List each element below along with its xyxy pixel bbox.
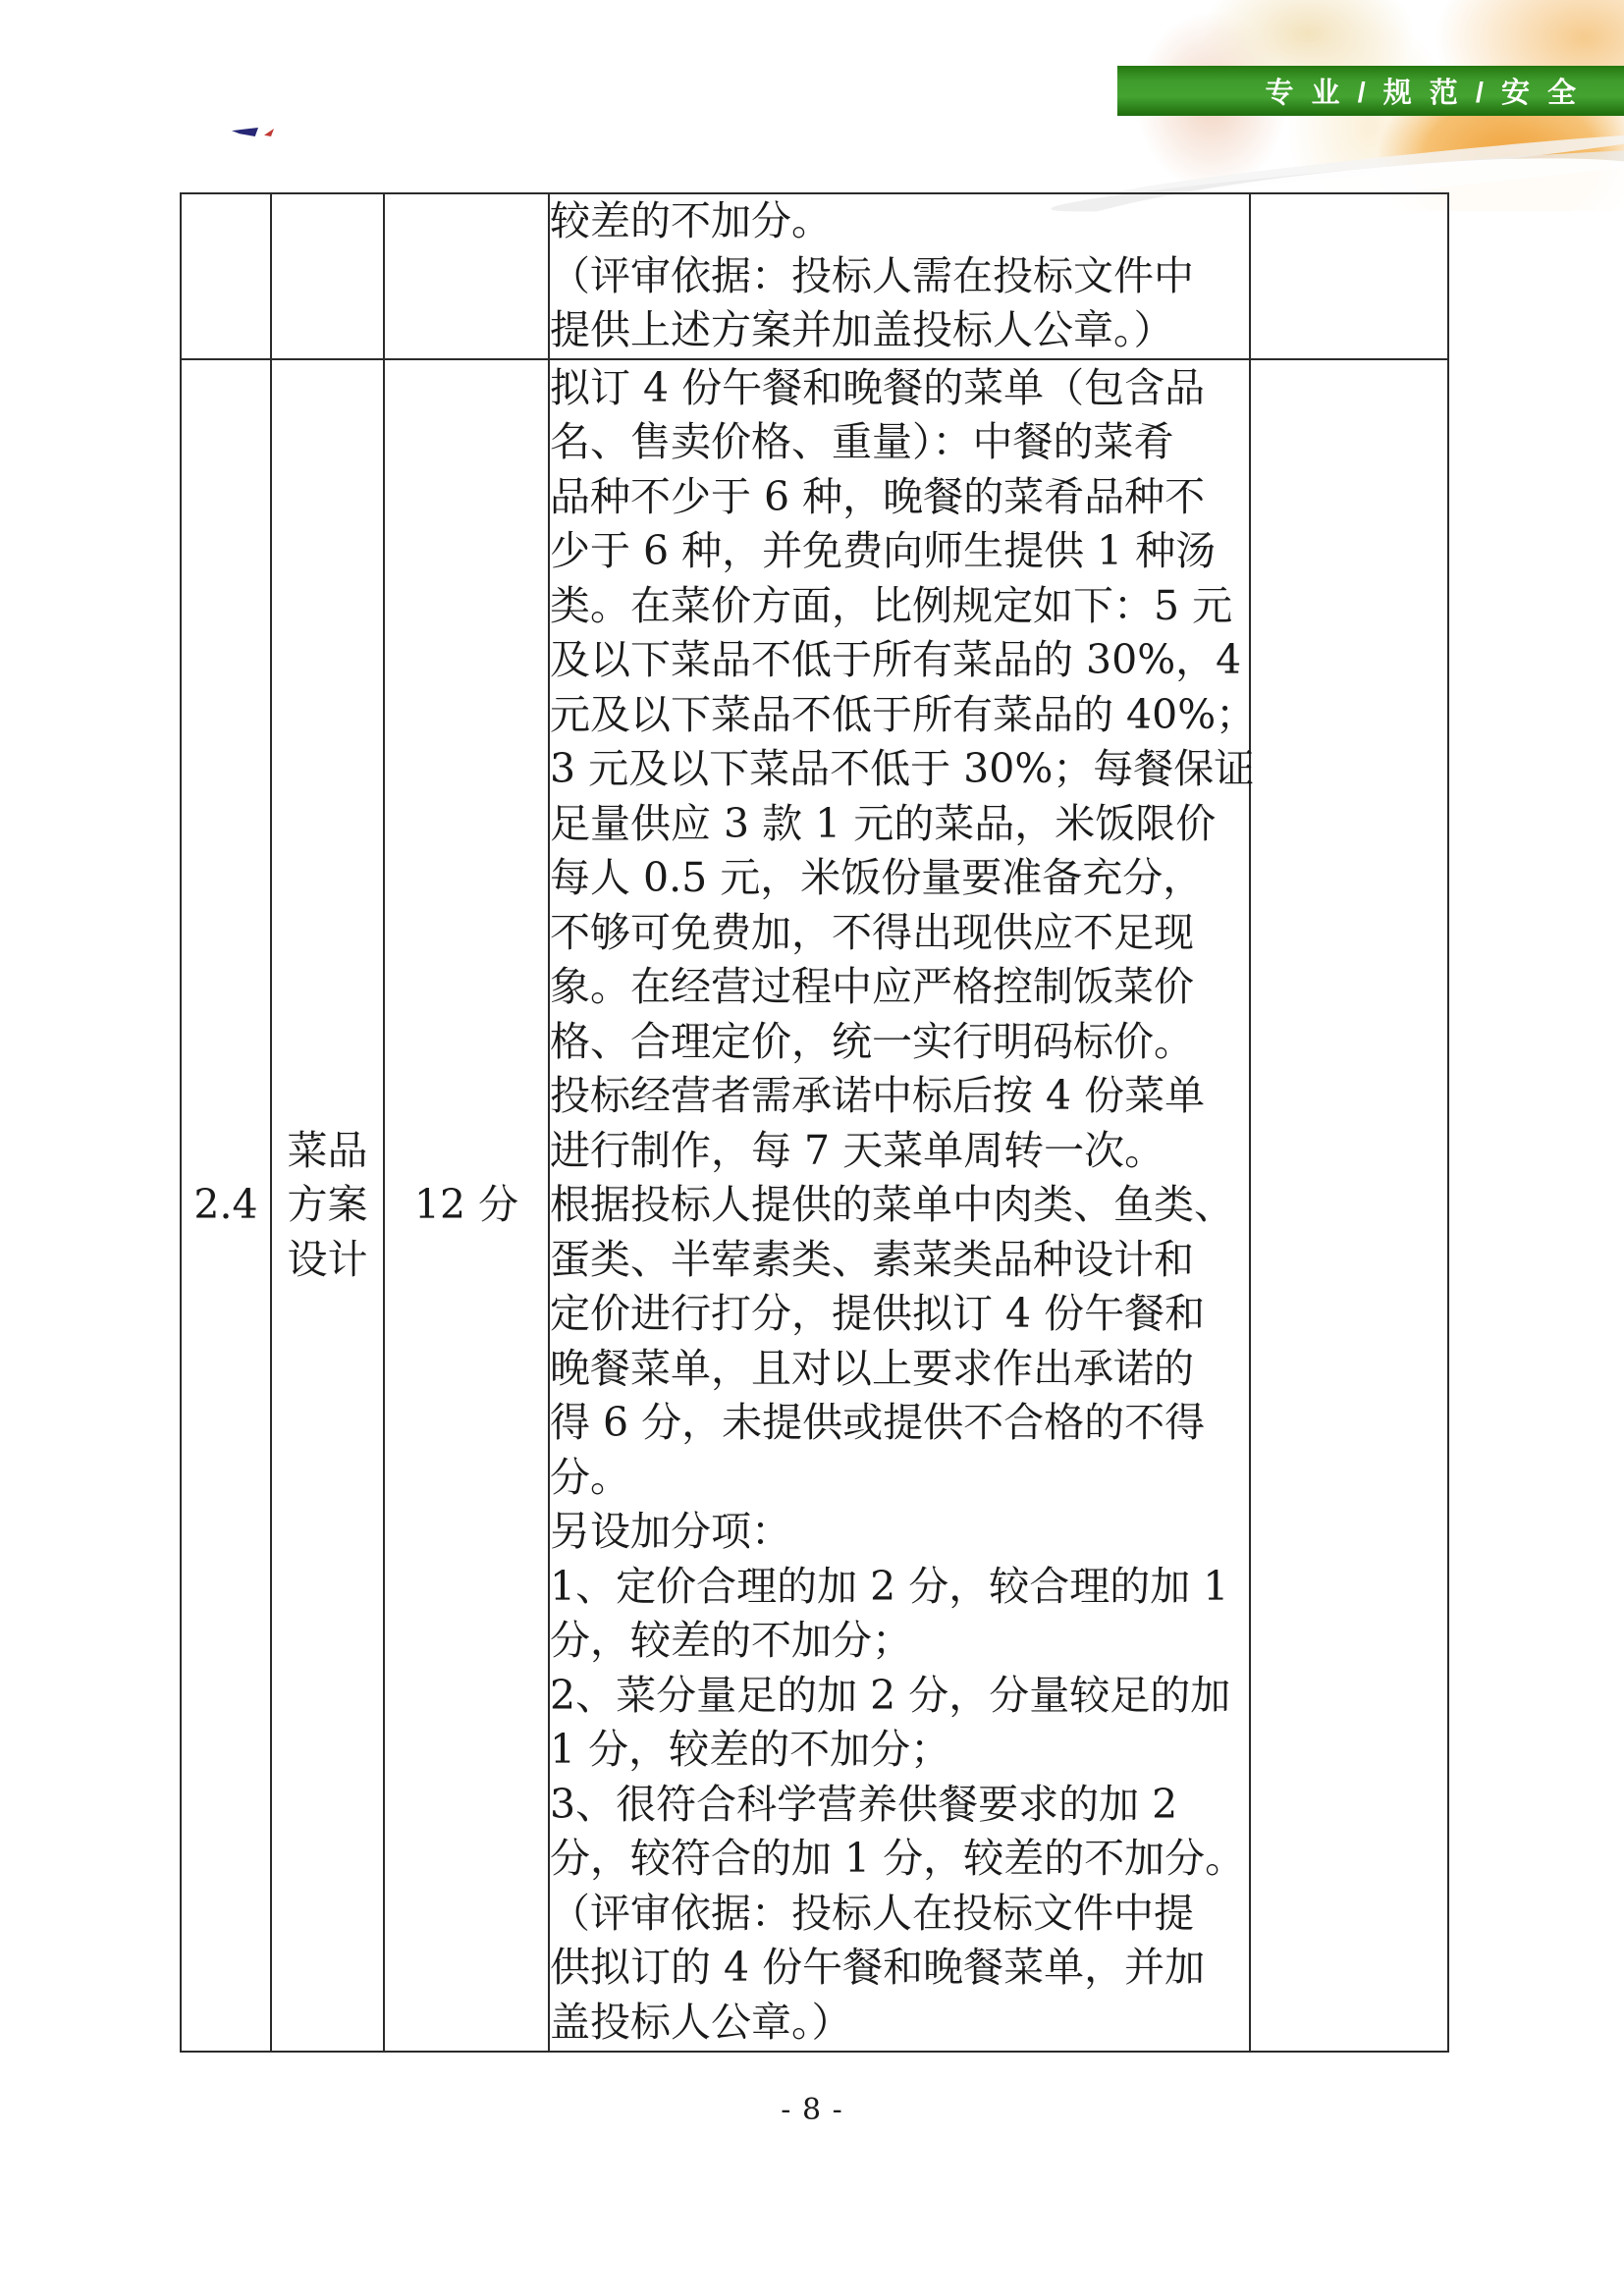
text-line: 设计 bbox=[272, 1233, 383, 1288]
text-line: 1 分，较差的不加分； bbox=[550, 1723, 1249, 1778]
text-line: 另设加分项： bbox=[550, 1505, 1249, 1560]
text-line: 足量供应 3 款 1 元的菜品，米饭限价 bbox=[550, 797, 1249, 852]
text-line: 盖投标人公章。） bbox=[550, 1996, 1249, 2051]
text-line: 象。在经营过程中应严格控制饭菜价 bbox=[550, 960, 1249, 1015]
text-line: 每人 0.5 元，米饭份量要准备充分， bbox=[550, 851, 1249, 906]
text-line: （评审依据：投标人在投标文件中提 bbox=[550, 1887, 1249, 1942]
cell-criteria-text: 拟订 4 份午餐和晚餐的菜单（包含品名、售卖价格、重量）：中餐的菜肴品种不少于 … bbox=[549, 359, 1250, 2052]
text-line: 分，较差的不加分； bbox=[550, 1614, 1249, 1669]
cell-item-name: 菜品方案设计 bbox=[271, 359, 384, 2052]
text-line: 不够可免费加，不得出现供应不足现 bbox=[550, 906, 1249, 961]
table-row: 2.4 菜品方案设计 12 分 拟订 4 份午餐和晚餐的菜单（包含品名、售卖价格… bbox=[181, 359, 1448, 2052]
text-line: 定价进行打分，提供拟订 4 份午餐和 bbox=[550, 1287, 1249, 1342]
text-line: 类。在菜价方面，比例规定如下：5 元 bbox=[550, 579, 1249, 634]
text-line: 晚餐菜单，且对以上要求作出承诺的 bbox=[550, 1342, 1249, 1397]
text-line: 根据投标人提供的菜单中肉类、鱼类、 bbox=[550, 1178, 1249, 1233]
text-line: 方案 bbox=[272, 1178, 383, 1233]
cell-item-number: 2.4 bbox=[181, 359, 271, 2052]
text-line: 得 6 分，未提供或提供不合格的不得 bbox=[550, 1396, 1249, 1451]
text-line: （评审依据：投标人需在投标文件中 bbox=[550, 249, 1249, 304]
cell-empty bbox=[1250, 359, 1448, 2052]
banner-slogan: 专 业 / 规 范 / 安 全 bbox=[1265, 71, 1581, 111]
cell-item-name bbox=[271, 193, 384, 359]
evaluation-table: 较差的不加分。（评审依据：投标人需在投标文件中提供上述方案并加盖投标人公章。） … bbox=[180, 192, 1449, 2053]
text-line: 拟订 4 份午餐和晚餐的菜单（包含品 bbox=[550, 361, 1249, 416]
text-line: 名、售卖价格、重量）：中餐的菜肴 bbox=[550, 415, 1249, 470]
text-line: 及以下菜品不低于所有菜品的 30%，4 bbox=[550, 633, 1249, 688]
text-line: 元及以下菜品不低于所有菜品的 40%； bbox=[550, 688, 1249, 743]
red-ink-mark bbox=[264, 129, 274, 136]
text-line: 蛋类、半荤素类、素菜类品种设计和 bbox=[550, 1233, 1249, 1288]
cell-score: 12 分 bbox=[384, 359, 549, 2052]
blue-ink-mark bbox=[232, 128, 258, 136]
text-line: 供拟订的 4 份午餐和晚餐菜单，并加 bbox=[550, 1941, 1249, 1996]
text-line: 格、合理定价，统一实行明码标价。 bbox=[550, 1015, 1249, 1070]
cell-score bbox=[384, 193, 549, 359]
text-line: 较差的不加分。 bbox=[550, 194, 1249, 249]
text-line: 3 元及以下菜品不低于 30%；每餐保证 bbox=[550, 742, 1249, 797]
cell-criteria-text: 较差的不加分。（评审依据：投标人需在投标文件中提供上述方案并加盖投标人公章。） bbox=[549, 193, 1250, 359]
text-line: 少于 6 种，并免费向师生提供 1 种汤 bbox=[550, 524, 1249, 579]
page-number: - 8 - bbox=[0, 2093, 1624, 2127]
text-line: 投标经营者需承诺中标后按 4 份菜单 bbox=[550, 1069, 1249, 1124]
cell-item-number bbox=[181, 193, 271, 359]
text-line: 菜品 bbox=[272, 1124, 383, 1179]
cell-empty bbox=[1250, 193, 1448, 359]
header-banner: 专 业 / 规 范 / 安 全 bbox=[1117, 66, 1624, 116]
text-line: 3、很符合科学营养供餐要求的加 2 bbox=[550, 1778, 1249, 1833]
document-page: 专 业 / 规 范 / 安 全 较差的不加分。（评审依据：投标人需在投标文件中提… bbox=[0, 0, 1624, 2296]
text-line: 提供上述方案并加盖投标人公章。） bbox=[550, 303, 1249, 358]
table-row: 较差的不加分。（评审依据：投标人需在投标文件中提供上述方案并加盖投标人公章。） bbox=[181, 193, 1448, 359]
text-line: 2、菜分量足的加 2 分，分量较足的加 bbox=[550, 1669, 1249, 1724]
text-line: 分。 bbox=[550, 1451, 1249, 1506]
text-line: 分，较符合的加 1 分，较差的不加分。 bbox=[550, 1832, 1249, 1887]
text-line: 品种不少于 6 种，晚餐的菜肴品种不 bbox=[550, 470, 1249, 525]
text-line: 1、定价合理的加 2 分，较合理的加 1 bbox=[550, 1560, 1249, 1615]
text-line: 进行制作，每 7 天菜单周转一次。 bbox=[550, 1124, 1249, 1179]
